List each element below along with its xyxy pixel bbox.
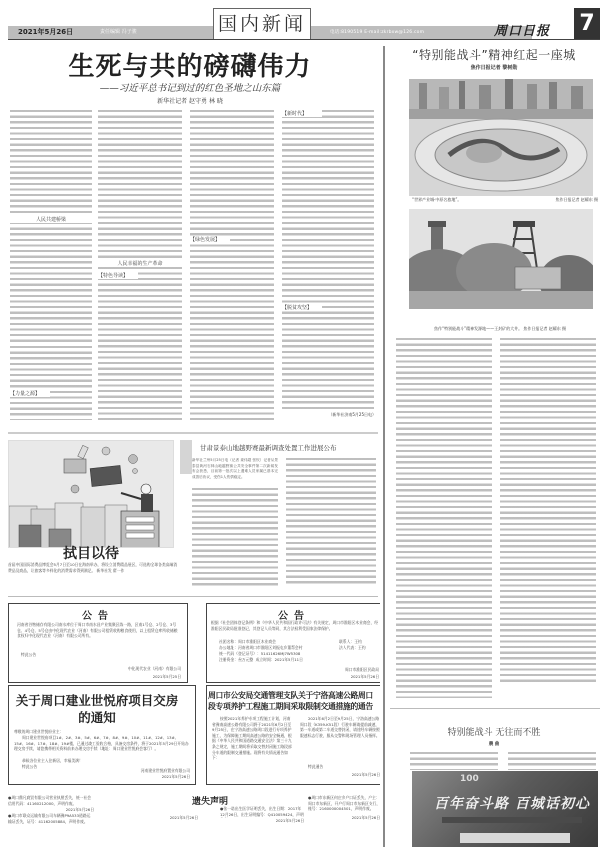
main-article-signoff: （新华社济南5月25日电） xyxy=(300,412,376,418)
photo-city-square xyxy=(409,79,593,196)
right-article-title: “特别能战斗”精神红起一座城 xyxy=(388,46,600,63)
contact-info: 电话:8190519 E-mail:zkrbxw@126.com xyxy=(330,26,424,39)
notice-field: 法人代表：王钧 xyxy=(339,645,381,651)
notice-field-value: 51411626MJ7W5308 xyxy=(261,651,301,656)
section-divider xyxy=(8,432,378,434)
newspaper-logo: 周口日报 xyxy=(494,20,550,39)
notice-body: 根据《社会团体登记条例》和《中华人民共和国行政许可法》有关规定，周口市淮阳区木业… xyxy=(211,620,379,637)
gansu-article-lead: 新华社兰州5月25日电（记者 姜伟超 张钦）记者从景泰县黄河石林山地越野赛公共安… xyxy=(192,458,278,486)
section-divider xyxy=(8,596,378,597)
notice-title: 公告 xyxy=(9,607,187,622)
lost-notice-date: 2021年5月26日 xyxy=(308,815,380,821)
column-divider xyxy=(383,46,385,847)
section-divider xyxy=(390,708,600,709)
main-article-subhead: 【特色导读】 xyxy=(98,272,138,279)
main-article-subhead: 【新时代】 xyxy=(282,110,322,117)
notice-box-chamber: 公告 根据《社会团体登记条例》和《中华人民共和国行政许可法》有关规定，周口市淮阳… xyxy=(206,603,380,683)
right-article-column-1 xyxy=(396,338,492,644)
right-article-byline: 焦作日报记者 黎树勋 xyxy=(388,64,600,71)
traffic-body-2: 2021年6月2日至9月25日，宁洛高速公路周口段（K359-K51段）行驶车辆… xyxy=(300,716,380,760)
centenary-badge: 100 xyxy=(460,774,479,784)
notice-field: 办公地址：河南省周口市淮阳区刘振屯乡董帮会村 xyxy=(219,645,339,651)
photo2-caption: 焦作“特别能战斗”精神发源地——王封矿的大井。 焦作日报记者 赵耀东 摄 xyxy=(400,326,600,332)
notice-field-label: 办公地址 xyxy=(219,645,234,650)
gansu-article-column-2 xyxy=(286,458,376,586)
lost-notice-date: 2021年5月26日 xyxy=(104,815,198,821)
notice-box-grain: 公告 河南省谷物储存有限公司南水库位于周口市南水昌产业集聚区练一路，区南1号仓、… xyxy=(8,603,188,683)
notice-field-value: 王钧 xyxy=(354,639,362,644)
right-sub-article-column-1 xyxy=(410,752,498,770)
gansu-article-column-1 xyxy=(192,488,278,586)
lost-notice-item: ●周口市东新区何庄乡户口证丢失，户主：周口市东新区，开户行周口市东新区支行，账号… xyxy=(308,795,382,813)
cartoon-title: 拭目以待 xyxy=(8,543,174,563)
jianye-closing: 特此公告 xyxy=(22,764,62,770)
notice-field-value: 河南省周口市淮阳区刘振屯乡董帮会村 xyxy=(238,645,303,650)
photo-mine-site xyxy=(409,209,593,309)
jianye-notice-title: 关于周口建业世悦府项目交房的通知 xyxy=(12,692,182,726)
jianye-date: 2021年5月26日 xyxy=(70,774,190,780)
photo1-caption-right: 焦作日报记者 赵耀东 摄 xyxy=(520,197,598,203)
jianye-salutation: 尊敬的周口建业世悦府业主： xyxy=(14,729,190,735)
notice-signer: 中化现代农业（河南）有限公司 xyxy=(69,666,181,672)
cartoon-illustration xyxy=(8,440,174,548)
main-article-column-1 xyxy=(10,110,92,342)
traffic-body: 按照2021年养护专项工程施工计划，河南省豫南高速公路有限公司将于2021年6月… xyxy=(212,716,292,776)
banner-slogan: 百年奋斗路 百城话初心 xyxy=(434,793,590,813)
cartoon-drawing xyxy=(9,441,174,548)
notice-field-label: 成立时间 xyxy=(256,657,271,662)
main-article-subhead: 人民幸福的生产革命 xyxy=(98,260,182,267)
main-article-subhead: 【脱贫攻坚】 xyxy=(282,304,322,311)
notice-field: 联系人：王钧 xyxy=(339,639,381,645)
cartoon-caption: 首届中国国际消费品博览会5月7日至10日在海南举办，将设立消费精品展区，可选购全… xyxy=(8,562,178,573)
main-article-column-3 xyxy=(190,110,274,420)
lost-notice-date: 2021年5月26日 xyxy=(8,807,94,813)
right-article-column-2b xyxy=(500,646,596,682)
page-number: 7 xyxy=(574,8,600,39)
notice-field-value: 王钧 xyxy=(358,645,366,650)
mine-site-image xyxy=(409,209,593,309)
banner-info-box xyxy=(460,833,570,843)
jianye-closing-line: 恭候各位业主入住新居，幸福美满！ xyxy=(22,758,182,764)
gansu-left-bar xyxy=(180,440,192,474)
right-article-column-2 xyxy=(500,338,596,644)
notice-date: 2021年5月26日 xyxy=(267,674,379,680)
main-article-subhead: 【力量之源】 xyxy=(10,390,50,397)
issue-date: 2021年5月26日 xyxy=(18,26,73,39)
notice-field-value: 2021年5月11日 xyxy=(275,657,303,662)
notice-field-value: 叁万元整 xyxy=(238,657,253,662)
notice-closing: 特此公告 xyxy=(21,652,61,658)
lost-notice-item: ●周口鼎凡商贸有限公司营业执照丢失，统一社会信用代码：41160212000，声… xyxy=(8,795,94,807)
main-article-title: 生死与共的磅礴伟力 xyxy=(0,46,380,83)
right-sub-article-title: 特别能战斗 无往而不胜 xyxy=(388,725,600,738)
section-title: 国内新闻 xyxy=(213,8,311,40)
traffic-closing: 特此通告 xyxy=(308,764,348,770)
notice-field-value: 周口市淮阳区木业商会 xyxy=(238,639,276,644)
editor-credit: 责任编辑 冯子骏 xyxy=(100,26,137,39)
notice-signer: 周口市淮阳区民政局 xyxy=(267,667,379,673)
centenary-banner: 100 百年奋斗路 百城话初心 xyxy=(412,771,598,847)
traffic-date: 2021年5月26日 xyxy=(300,772,380,778)
masthead: 2021年5月26日 责任编辑 冯子骏 国内新闻 电话:8190519 E-ma… xyxy=(0,0,600,40)
notice-field: 注册资金：叁万元整 成立时间：2021年5月11日 xyxy=(219,657,349,663)
main-article-subhead: 人民共建桥梁 xyxy=(10,216,92,223)
notice-field-label: 社团名称 xyxy=(219,639,234,644)
notice-field: 社团名称：周口市淮阳区木业商会 xyxy=(219,639,329,645)
lost-notice-date: 2021年5月26日 xyxy=(220,818,304,824)
main-article-byline: 新华社记者 赵守勇 林 晓 xyxy=(0,96,380,105)
notice-field-label: 注册资金 xyxy=(219,657,234,662)
photo1-caption-left: “世界产业城·中原名旅地”。 xyxy=(412,197,512,203)
right-sub-article-column-2 xyxy=(508,752,596,770)
right-sub-article-byline: 晨 曲 xyxy=(388,741,600,747)
lost-notice-item: ●周口市联众运输有限公司车辆豫P9A533道路运输证丢失，证号：41162005… xyxy=(8,813,94,825)
notice-field: 统一代码（登记证号）：51411626MJ7W5308 xyxy=(219,651,339,657)
main-article-subtitle: ——习近平总书记到过的红色圣地之山东篇 xyxy=(0,80,380,94)
gansu-article-title: 甘肃景泰山地越野赛最新调查处置工作进展公布 xyxy=(200,443,380,452)
main-article-column-4 xyxy=(282,110,374,410)
notice-field-label: 法人代表 xyxy=(339,645,354,650)
notice-field-label: 联系人 xyxy=(339,639,350,644)
masthead-rule xyxy=(8,39,600,40)
banner-strip xyxy=(442,817,582,823)
right-article-column-1b xyxy=(396,646,492,698)
jianye-body: 周口建业世悦府项目1#、2#、3#、5#、6#、7#、8#、9#、10#、11#… xyxy=(14,735,190,752)
main-article-column-1b xyxy=(10,346,92,420)
notice-body: 河南省谷物储存有限公司南水库位于周口市南水昌产业集聚区练一路，区南1号仓、2号仓… xyxy=(17,622,181,639)
lost-notice-item: ●张一诺出生医学证明丢失，出生日期：2017年12月26日，出生证明编号：Q41… xyxy=(220,806,304,818)
jianye-signer: 河南建业世悦府置业有限公司 xyxy=(70,768,190,774)
city-square-image xyxy=(409,79,593,196)
notice-field-label: 统一代码（登记证号） xyxy=(219,651,257,656)
main-article-subhead: 【绿色发展】 xyxy=(190,236,230,243)
traffic-notice-title: 周口市公安局交通管理支队关于宁洛高速公路周口段专项养护工程施工期间采取限制交通措… xyxy=(208,690,380,714)
notice-date: 2021年5月25日 xyxy=(69,674,181,680)
